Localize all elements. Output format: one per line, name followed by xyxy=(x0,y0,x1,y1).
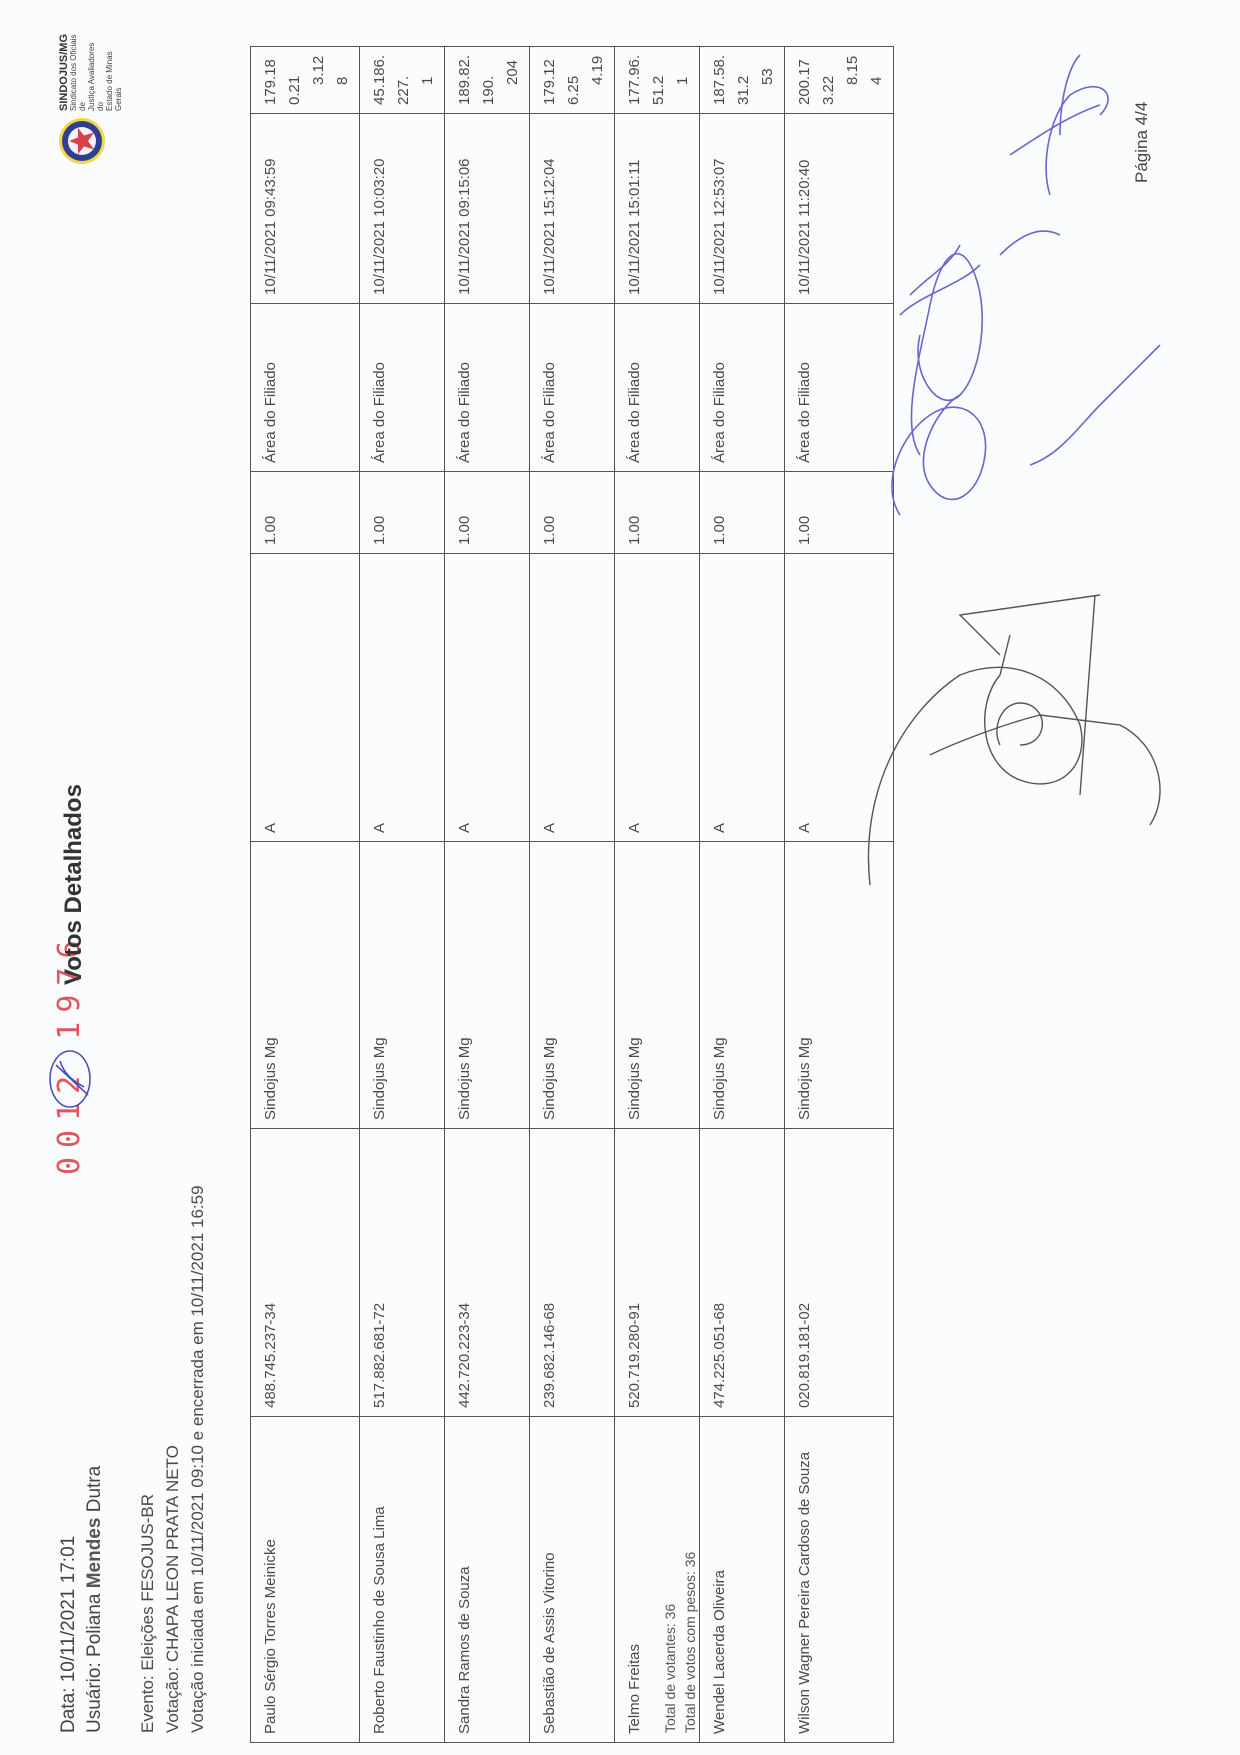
vote-origin-cell: Área do Filiado xyxy=(445,304,530,472)
report-user: Usuário: Poliana Mendes Dutra xyxy=(84,1466,106,1733)
table-row: Sebastião de Assis Vitorino239.682.146-6… xyxy=(530,47,615,1743)
table-row: Telmo Freitas520.719.280-91Sindojus MgA1… xyxy=(615,47,700,1743)
vote-datetime-cell: 10/11/2021 15:12:04 xyxy=(530,114,615,304)
vote-origin-cell: Área do Filiado xyxy=(360,304,445,472)
voter-ip-cell: 179.126.254.19 xyxy=(530,47,615,114)
vote-datetime-cell: 10/11/2021 15:01:11 xyxy=(615,114,700,304)
vote-choice-cell: A xyxy=(615,554,700,842)
ip-line: 45.186.227. xyxy=(368,51,416,105)
table-row: Wendel Lacerda Oliveira474.225.051-68Sin… xyxy=(700,47,785,1743)
ip-line: 200.173.22 xyxy=(793,51,841,105)
voter-ip-cell: 45.186.227.1 xyxy=(360,47,445,114)
page-title: Votos Detalhados xyxy=(60,784,88,985)
page-number: Página 4/4 xyxy=(1132,102,1152,183)
ip-line: 4.19 xyxy=(586,51,610,105)
voting-name: Votação: CHAPA LEON PRATA NETO xyxy=(163,1445,183,1733)
ip-line: 189.82.190. xyxy=(453,51,501,105)
vote-origin-cell: Área do Filiado xyxy=(251,304,360,472)
voter-entity-cell: Sindojus Mg xyxy=(360,842,445,1129)
document-page: Data: 10/11/2021 17:01 Usuário: Poliana … xyxy=(0,0,1240,1755)
voter-ip-cell: 200.173.228.154 xyxy=(785,47,894,114)
vote-weight-cell: 1.00 xyxy=(251,472,360,554)
ip-line: 179.180.21 xyxy=(259,51,307,105)
vote-weight-cell: 1.00 xyxy=(615,472,700,554)
voter-entity-cell: Sindojus Mg xyxy=(615,842,700,1129)
user-last-name: Dutra xyxy=(84,1466,105,1518)
star-emblem-icon xyxy=(58,117,106,165)
vote-weight-cell: 1.00 xyxy=(785,472,894,554)
table-row: Paulo Sérgio Torres Meinicke488.745.237-… xyxy=(251,47,360,1743)
report-date: Data: 10/11/2021 17:01 xyxy=(58,1536,80,1733)
vote-weight-cell: 1.00 xyxy=(360,472,445,554)
logo-subtitle: Estado de Minas Gerais xyxy=(105,51,123,111)
ip-line: 204 xyxy=(501,51,525,105)
votes-table: Paulo Sérgio Torres Meinicke488.745.237-… xyxy=(250,46,894,1743)
voter-cpf-cell: 474.225.051-68 xyxy=(700,1129,785,1417)
vote-origin-cell: Área do Filiado xyxy=(530,304,615,472)
voter-name-cell: Wendel Lacerda Oliveira xyxy=(700,1417,785,1743)
vote-weight-cell: 1.00 xyxy=(445,472,530,554)
table-row: Wilson Wagner Pereira Cardoso de Souza02… xyxy=(785,47,894,1743)
vote-choice-cell: A xyxy=(360,554,445,842)
event-name: Evento: Eleições FESOJUS-BR xyxy=(138,1494,158,1733)
voter-name-cell: Wilson Wagner Pereira Cardoso de Souza xyxy=(785,1417,894,1743)
voter-entity-cell: Sindojus Mg xyxy=(445,842,530,1129)
voter-cpf-cell: 442.720.223-34 xyxy=(445,1129,530,1417)
voter-cpf-cell: 517.882.681-72 xyxy=(360,1129,445,1417)
ip-line: 8.154 xyxy=(841,51,889,105)
vote-weight-cell: 1.00 xyxy=(700,472,785,554)
ip-line: 53 xyxy=(756,51,780,105)
voter-ip-cell: 177.96.51.21 xyxy=(615,47,700,114)
voter-entity-cell: Sindojus Mg xyxy=(700,842,785,1129)
voting-period: Votação iniciada em 10/11/2021 09:10 e e… xyxy=(188,1185,208,1733)
total-voters: Total de votantes: 36 xyxy=(662,1604,678,1733)
voter-ip-cell: 189.82.190.204 xyxy=(445,47,530,114)
vote-datetime-cell: 10/11/2021 11:20:40 xyxy=(785,114,894,304)
table-row: Roberto Faustinho de Sousa Lima517.882.6… xyxy=(360,47,445,1743)
vote-choice-cell: A xyxy=(251,554,360,842)
voter-ip-cell: 187.58.31.253 xyxy=(700,47,785,114)
voter-cpf-cell: 239.682.146-68 xyxy=(530,1129,615,1417)
vote-choice-cell: A xyxy=(700,554,785,842)
ip-line: 1 xyxy=(671,51,695,105)
voter-entity-cell: Sindojus Mg xyxy=(251,842,360,1129)
voter-cpf-cell: 520.719.280-91 xyxy=(615,1129,700,1417)
vote-datetime-cell: 10/11/2021 09:15:06 xyxy=(445,114,530,304)
voter-entity-cell: Sindojus Mg xyxy=(785,842,894,1129)
vote-origin-cell: Área do Filiado xyxy=(785,304,894,472)
vote-origin-cell: Área do Filiado xyxy=(615,304,700,472)
user-middle-name: Mendes xyxy=(84,1518,105,1589)
signature-blue-icon xyxy=(892,55,1160,515)
table-row: Sandra Ramos de Souza442.720.223-34Sindo… xyxy=(445,47,530,1743)
logo-subtitle: Justiça Avaliadores do xyxy=(87,43,105,111)
vote-datetime-cell: 10/11/2021 09:43:59 xyxy=(251,114,360,304)
vote-origin-cell: Área do Filiado xyxy=(700,304,785,472)
vote-choice-cell: A xyxy=(445,554,530,842)
voter-cpf-cell: 020.819.181-02 xyxy=(785,1129,894,1417)
voter-entity-cell: Sindojus Mg xyxy=(530,842,615,1129)
voter-name-cell: Paulo Sérgio Torres Meinicke xyxy=(251,1417,360,1743)
vote-choice-cell: A xyxy=(530,554,615,842)
ip-line: 179.126.25 xyxy=(538,51,586,105)
ip-line: 177.96.51.2 xyxy=(623,51,671,105)
vote-weight-cell: 1.00 xyxy=(530,472,615,554)
voter-ip-cell: 179.180.213.128 xyxy=(251,47,360,114)
sindojus-logo: SINDOJUS/MG Sindicato dos Oficiais de Ju… xyxy=(58,117,111,165)
vote-datetime-cell: 10/11/2021 10:03:20 xyxy=(360,114,445,304)
voter-name-cell: Roberto Faustinho de Sousa Lima xyxy=(360,1417,445,1743)
ip-line: 187.58.31.2 xyxy=(708,51,756,105)
vote-datetime-cell: 10/11/2021 12:53:07 xyxy=(700,114,785,304)
signature-dark-icon xyxy=(868,595,1160,885)
logo-subtitle: Sindicato dos Oficiais de xyxy=(69,35,87,111)
voter-cpf-cell: 488.745.237-34 xyxy=(251,1129,360,1417)
ip-line: 1 xyxy=(416,51,440,105)
user-label: Usuário: Poliana xyxy=(84,1588,105,1733)
total-weighted-votes: Total de votos com pesos: 36 xyxy=(682,1552,698,1733)
ip-line: 3.128 xyxy=(307,51,355,105)
voter-name-cell: Sebastião de Assis Vitorino xyxy=(530,1417,615,1743)
vote-choice-cell: A xyxy=(785,554,894,842)
voter-name-cell: Sandra Ramos de Souza xyxy=(445,1417,530,1743)
